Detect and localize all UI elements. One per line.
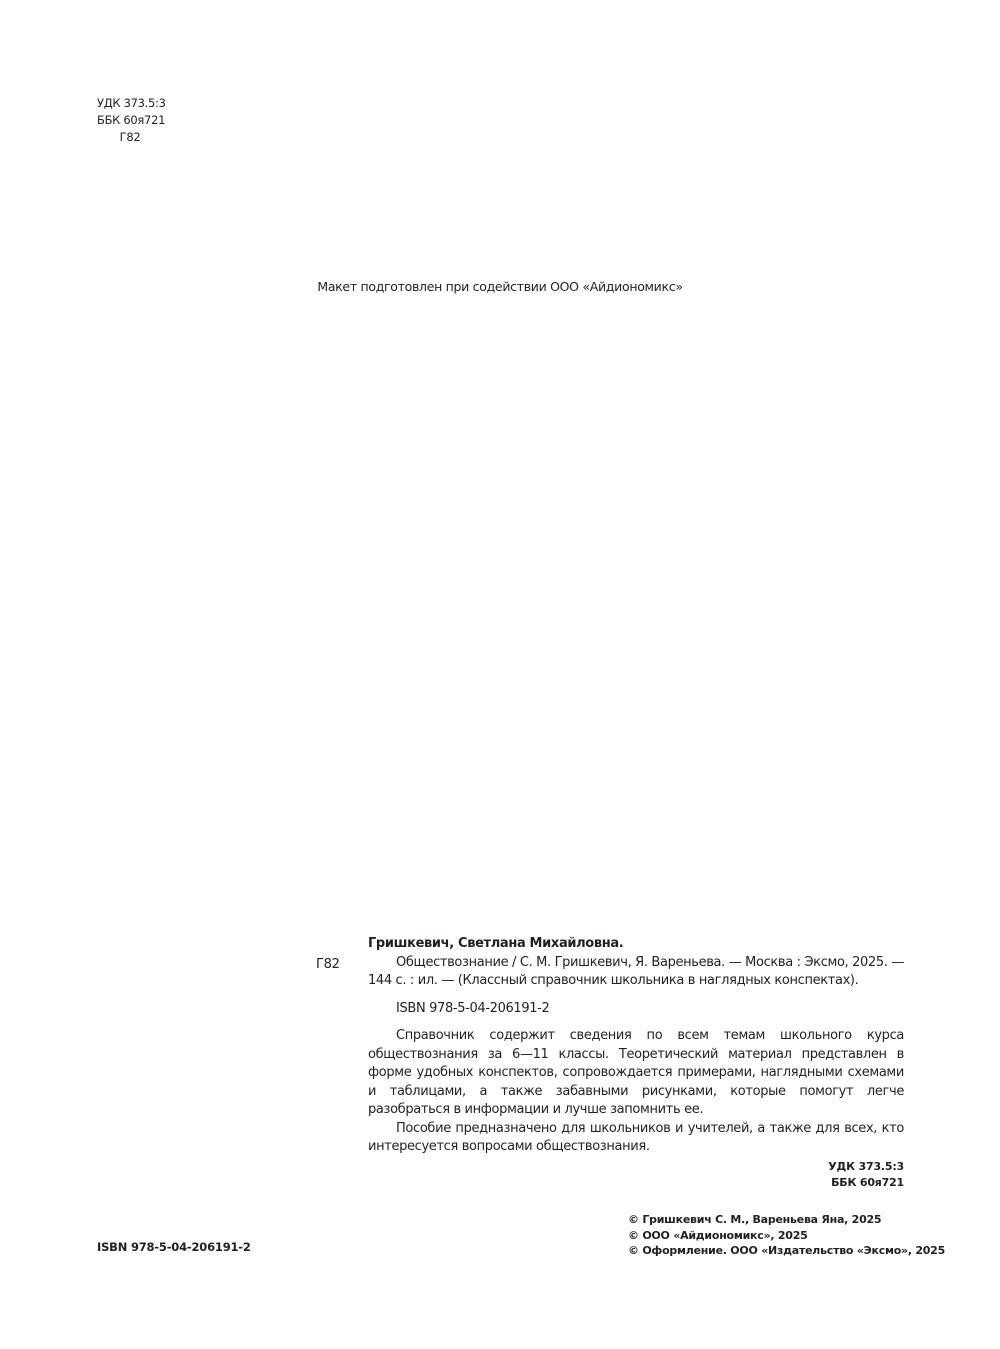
copyright-notices: © Гришкевич С. М., Вареньева Яна, 2025 ©…	[628, 1212, 945, 1259]
classification-codes: УДК 373.5:3 ББК 60я721 Г82	[97, 95, 163, 146]
record-bbk: ББК 60я721	[368, 1175, 904, 1191]
bbk-code: ББК 60я721	[97, 112, 163, 129]
copyright-line: © Гришкевич С. М., Вареньева Яна, 2025	[628, 1212, 945, 1228]
record-abstract: Справочник содержит сведения по всем тем…	[368, 1027, 904, 1157]
catalog-record: Гришкевич, Светлана Михайловна. Общество…	[368, 935, 904, 1191]
record-author: Гришкевич, Светлана Михайловна.	[368, 935, 904, 954]
layout-credit: Макет подготовлен при содействии ООО «Ай…	[0, 279, 1000, 294]
udk-code: УДК 373.5:3	[97, 95, 163, 112]
footer-isbn: ISBN 978-5-04-206191-2	[97, 1240, 251, 1254]
record-description-line1: Обществознание / С. М. Гришкевич, Я. Вар…	[368, 954, 904, 973]
copyright-line: © Оформление. ООО «Издательство «Эксмо»,…	[628, 1243, 945, 1259]
record-author-mark: Г82	[316, 957, 340, 972]
record-classification: УДК 373.5:3 ББК 60я721	[368, 1159, 904, 1191]
record-description-line2: 144 с. : ил. — (Классный справочник школ…	[368, 972, 904, 991]
abstract-paragraph: Пособие предназначено для школьников и у…	[368, 1120, 904, 1157]
record-isbn: ISBN 978-5-04-206191-2	[368, 1000, 904, 1019]
abstract-paragraph: Справочник содержит сведения по всем тем…	[368, 1027, 904, 1120]
copyright-line: © ООО «Айдиономикс», 2025	[628, 1228, 945, 1244]
record-udk: УДК 373.5:3	[368, 1159, 904, 1175]
author-mark: Г82	[97, 129, 163, 146]
